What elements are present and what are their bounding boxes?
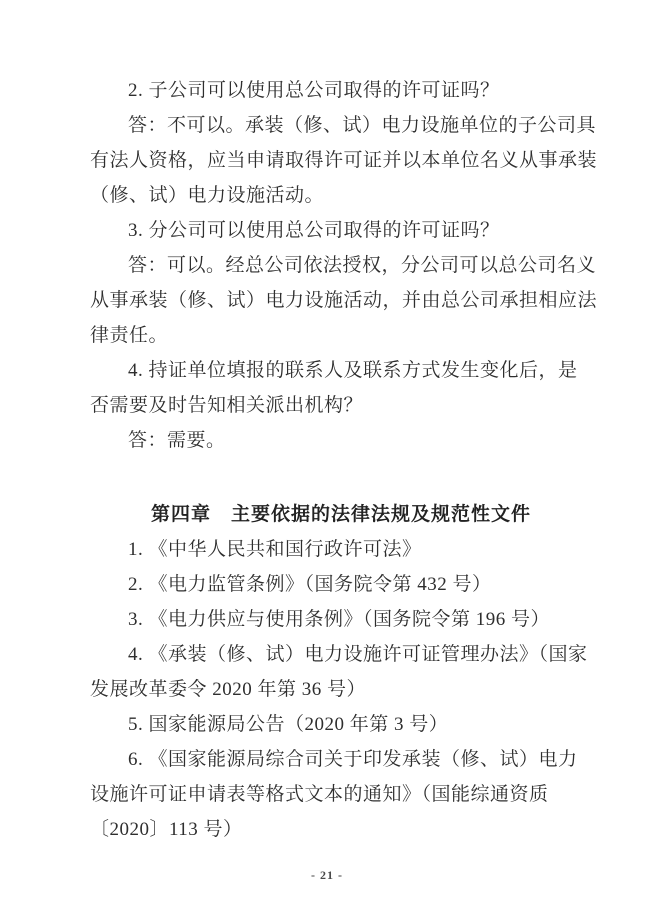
page-content: 2. 子公司可以使用总公司取得的许可证吗？答：不可以。承装（修、试）电力设施单位… — [90, 73, 592, 847]
document-page: 2. 子公司可以使用总公司取得的许可证吗？答：不可以。承装（修、试）电力设施单位… — [0, 0, 654, 919]
qa-line: 律责任。 — [90, 318, 592, 353]
reference-line: 发展改革委令 2020 年第 36 号） — [90, 672, 592, 707]
reference-line: 4. 《承装（修、试）电力设施许可证管理办法》（国家 — [90, 637, 592, 672]
qa-line: 4. 持证单位填报的联系人及联系方式发生变化后，是 — [90, 353, 592, 388]
qa-section: 2. 子公司可以使用总公司取得的许可证吗？答：不可以。承装（修、试）电力设施单位… — [90, 73, 592, 458]
reference-line: 1. 《中华人民共和国行政许可法》 — [90, 532, 592, 567]
page-number: - 21 - — [0, 868, 654, 883]
qa-line: 3. 分公司可以使用总公司取得的许可证吗？ — [90, 213, 592, 248]
qa-line: 2. 子公司可以使用总公司取得的许可证吗？ — [90, 73, 592, 108]
reference-line: 5. 国家能源局公告（2020 年第 3 号） — [90, 707, 592, 742]
qa-line: 有法人资格，应当申请取得许可证并以本单位名义从事承装 — [90, 143, 592, 178]
reference-line: 6. 《国家能源局综合司关于印发承装（修、试）电力 — [90, 742, 592, 777]
qa-line: 从事承装（修、试）电力设施活动，并由总公司承担相应法 — [90, 283, 592, 318]
qa-line: （修、试）电力设施活动。 — [90, 178, 592, 213]
qa-line: 答：需要。 — [90, 423, 592, 458]
qa-line: 否需要及时告知相关派出机构？ — [90, 388, 592, 423]
section-spacer — [90, 458, 592, 497]
chapter-heading: 第四章 主要依据的法律法规及规范性文件 — [90, 497, 592, 532]
qa-line: 答：可以。经总公司依法授权，分公司可以总公司名义 — [90, 248, 592, 283]
reference-line: 设施许可证申请表等格式文本的通知》（国能综通资质 — [90, 777, 592, 812]
references-section: 1. 《中华人民共和国行政许可法》2. 《电力监管条例》（国务院令第 432 号… — [90, 532, 592, 847]
reference-line: 〔2020〕113 号） — [90, 812, 592, 847]
reference-line: 3. 《电力供应与使用条例》（国务院令第 196 号） — [90, 602, 592, 637]
reference-line: 2. 《电力监管条例》（国务院令第 432 号） — [90, 567, 592, 602]
qa-line: 答：不可以。承装（修、试）电力设施单位的子公司具 — [90, 108, 592, 143]
